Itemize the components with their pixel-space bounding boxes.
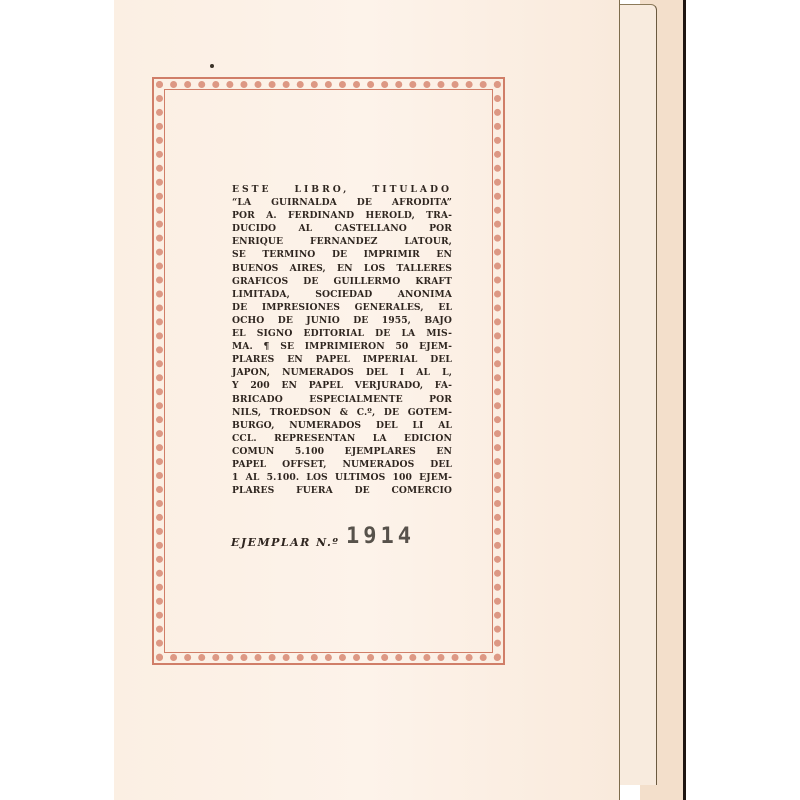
colophon-line: BRICADO ESPECIALMENTE POR xyxy=(232,393,452,406)
copy-number-stamp: 1914 xyxy=(346,524,415,549)
colophon-line: BURGO, NUMERADOS DEL LI AL xyxy=(232,419,452,432)
ink-spot xyxy=(210,64,214,68)
colophon-line: SE TERMINO DE IMPRIMIR EN xyxy=(232,248,452,261)
colophon-line: Y 200 EN PAPEL VERJURADO, FA- xyxy=(232,379,452,392)
colophon-line: “LA GUIRNALDA DE AFRODITA” xyxy=(232,196,452,209)
colophon-line: 1 AL 5.100. LOS ULTIMOS 100 EJEM- xyxy=(232,471,452,484)
colophon-line: PLARES EN PAPEL IMPERIAL DEL xyxy=(232,353,452,366)
colophon-line: MA. ¶ SE IMPRIMIERON 50 EJEM- xyxy=(232,340,452,353)
colophon-line: DUCIDO AL CASTELLANO POR xyxy=(232,222,452,235)
colophon-line: ESTE LIBRO, TITULADO xyxy=(232,183,452,196)
colophon-text: ESTE LIBRO, TITULADO “LA GUIRNALDA DE AF… xyxy=(232,183,452,497)
copy-number-label: EJEMPLAR N.º xyxy=(231,536,339,549)
colophon-line: GRAFICOS DE GUILLERMO KRAFT xyxy=(232,275,452,288)
colophon-line: JAPON, NUMERADOS DEL I AL L, xyxy=(232,366,452,379)
colophon-line: COMUN 5.100 EJEMPLARES EN xyxy=(232,445,452,458)
colophon-line: PLARES FUERA DE COMERCIO xyxy=(232,484,452,497)
colophon-line: DE IMPRESIONES GENERALES, EL xyxy=(232,301,452,314)
colophon-page: ESTE LIBRO, TITULADO “LA GUIRNALDA DE AF… xyxy=(114,0,620,800)
middle-page-edge xyxy=(618,4,657,785)
colophon-line: PAPEL OFFSET, NUMERADOS DEL xyxy=(232,458,452,471)
colophon-line: LIMITADA, SOCIEDAD ANONIMA xyxy=(232,288,452,301)
colophon-line: NILS, TROEDSON & C.º, DE GOTEM- xyxy=(232,406,452,419)
colophon-line: POR A. FERDINAND HEROLD, TRA- xyxy=(232,209,452,222)
colophon-line: CCL. REPRESENTAN LA EDICION xyxy=(232,432,452,445)
colophon-line: ENRIQUE FERNANDEZ LATOUR, xyxy=(232,235,452,248)
colophon-line: EL SIGNO EDITORIAL DE LA MIS- xyxy=(232,327,452,340)
colophon-line: BUENOS AIRES, EN LOS TALLERES xyxy=(232,262,452,275)
colophon-line: OCHO DE JUNIO DE 1955, BAJO xyxy=(232,314,452,327)
